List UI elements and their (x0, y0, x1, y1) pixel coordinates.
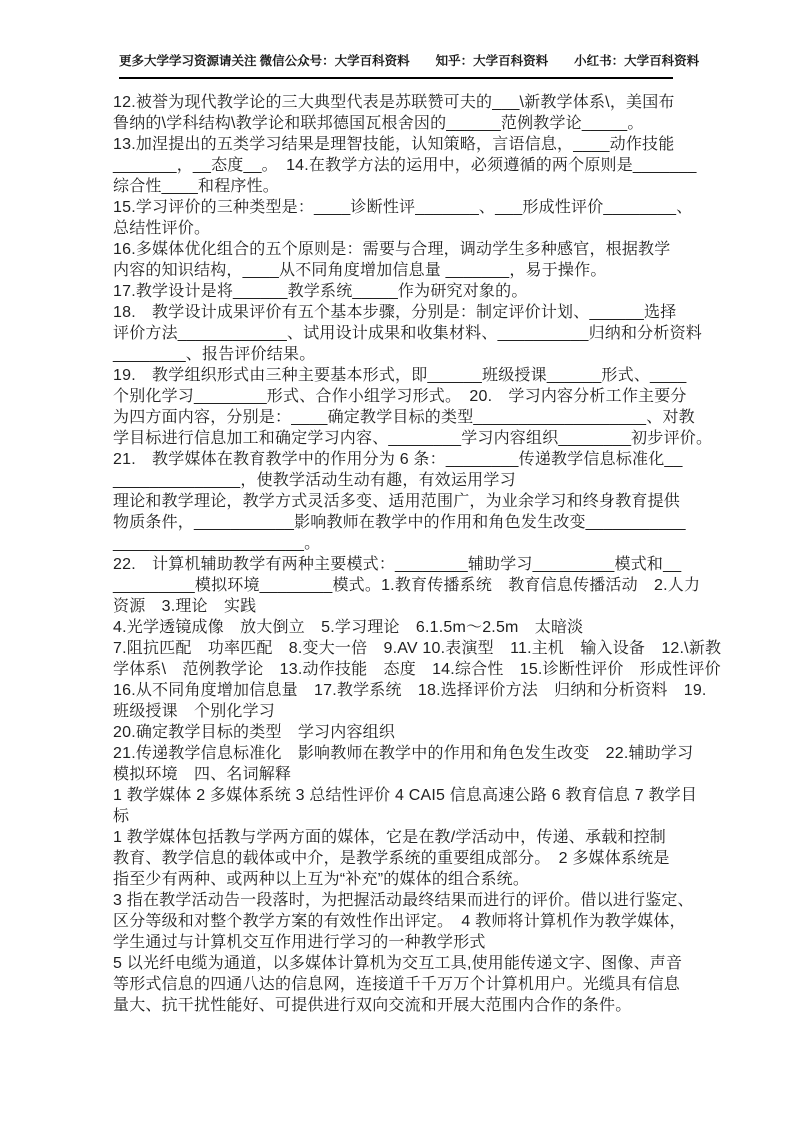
text-line: _____________________。 (113, 533, 685, 554)
text-line: 16.从不同角度增加信息量 17.教学系统 18.选择评价方法 归纳和分析资料 … (113, 680, 685, 701)
text-line: 综合性____和程序性。 (113, 176, 685, 197)
text-line: 资源 3.理论 实践 (113, 596, 685, 617)
text-line: 内容的知识结构，____从不同角度增加信息量 _______，易于操作。 (113, 260, 685, 281)
document-page: 更多大学学习资源请关注 微信公众号：大学百科资料 知乎：大学百科资料 小红书：大… (0, 0, 793, 1122)
header-xiaohongshu-text: 小红书：大学百科资料 (574, 51, 699, 69)
text-line: 评价方法____________、试用设计成果和收集材料、__________归… (113, 323, 685, 344)
text-line: 1 教学媒体包括教与学两方面的媒体，它是在教/学活动中，传递、承载和控制 (113, 827, 685, 848)
text-line: 21.传递教学信息标准化 影响教师在教学中的作用和角色发生改变 22.辅助学习 (113, 743, 685, 764)
text-line: 21. 教学媒体在教育教学中的作用分为 6 条：________传递教学信息标准… (113, 449, 685, 470)
text-line: 20.确定教学目标的类型 学习内容组织 (113, 722, 685, 743)
text-line: 15.学习评价的三种类型是：____诊断性评_______、___形成性评价__… (113, 197, 685, 218)
text-line: 19. 教学组织形式由三种主要基本形式，即______班级授课______形式、… (113, 365, 685, 386)
text-line: 1 教学媒体 2 多媒体系统 3 总结性评价 4 CAI5 信息高速公路 6 教… (113, 785, 685, 806)
page-header: 更多大学学习资源请关注 微信公众号：大学百科资料 知乎：大学百科资料 小红书：大… (119, 51, 673, 79)
text-line: 指至少有两种、或两种以上互为“补充”的媒体的组合系统。 (113, 869, 685, 890)
text-line: ________、报告评价结果。 (113, 344, 685, 365)
text-line: 13.加涅提出的五类学习结果是理智技能，认知策略，言语信息，____动作技能 (113, 134, 685, 155)
text-line: 为四方面内容，分别是：____确定教学目标的类型________________… (113, 407, 685, 428)
text-line: 22. 计算机辅助教学有两种主要模式：________辅助学习_________… (113, 554, 685, 575)
text-line: 理论和教学理论，教学方式灵活多变、适用范围广，为业余学习和终身教育提供 (113, 491, 685, 512)
text-line: 等形式信息的四通八达的信息网，连接道千千万万个计算机用户。光缆具有信息 (113, 974, 685, 995)
text-line: ______________，使教学活动生动有趣，有效运用学习 (113, 470, 685, 491)
text-line: 教育、教学信息的载体或中介，是教学系统的重要组成部分。 2 多媒体系统是 (113, 848, 685, 869)
header-zhihu-text: 知乎：大学百科资料 (436, 51, 549, 69)
text-line: 标 (113, 806, 685, 827)
text-line: 5 以光纤电缆为通道，以多媒体计算机为交互工具,使用能传递文字、图像、声音 (113, 953, 685, 974)
text-line: 学目标进行信息加工和确定学习内容、________学习内容组织________初… (113, 428, 685, 449)
text-line: 量大、抗干扰性能好、可提供进行双向交流和开展大范围内合作的条件。 (113, 995, 685, 1016)
text-line: 7.阻抗匹配 功率匹配 8.变大一倍 9.AV 10.表演型 11.主机 输入设… (113, 638, 685, 659)
text-line: 学体系\ 范例教学论 13.动作技能 态度 14.综合性 15.诊断性评价 形成… (113, 659, 685, 680)
text-line: 4.光学透镜成像 放大倒立 5.学习理论 6.1.5m～2.5m 太暗淡 (113, 617, 685, 638)
header-wechat-text: 更多大学学习资源请关注 微信公众号：大学百科资料 (119, 51, 410, 69)
text-line: 区分等级和对整个教学方案的有效性作出评定。 4 教师将计算机作为教学媒体， (113, 911, 685, 932)
text-line: 12.被誉为现代教学论的三大典型代表是苏联赞可夫的___\新教学体系\，美国布 (113, 92, 685, 113)
document-body: 12.被誉为现代教学论的三大典型代表是苏联赞可夫的___\新教学体系\，美国布鲁… (113, 92, 685, 1016)
text-line: 17.教学设计是将______教学系统_____作为研究对象的。 (113, 281, 685, 302)
text-line: 3 指在教学活动告一段落时，为把握活动最终结果而进行的评价。借以进行鉴定、 (113, 890, 685, 911)
text-line: 物质条件，___________影响教师在教学中的作用和角色发生改变______… (113, 512, 685, 533)
text-line: 班级授课 个别化学习 (113, 701, 685, 722)
text-line: _______，__态度__。 14.在教学方法的运用中，必须遵循的两个原则是_… (113, 155, 685, 176)
text-line: 总结性评价。 (113, 218, 685, 239)
text-line: 个别化学习________形式、合作小组学习形式。 20. 学习内容分析工作主要… (113, 386, 685, 407)
text-line: 鲁纳的\学科结构\教学论和联邦德国瓦根舍因的______范例教学论_____。 (113, 113, 685, 134)
text-line: 学生通过与计算机交互作用进行学习的一种教学形式 (113, 932, 685, 953)
text-line: 16.多媒体优化组合的五个原则是：需要与合理，调动学生多种感官，根据教学 (113, 239, 685, 260)
text-line: 18. 教学设计成果评价有五个基本步骤，分别是：制定评价计划、______选择 (113, 302, 685, 323)
text-line: 模拟环境 四、名词解释 (113, 764, 685, 785)
text-line: _________模拟环境________模式。1.教育传播系统 教育信息传播活… (113, 575, 685, 596)
